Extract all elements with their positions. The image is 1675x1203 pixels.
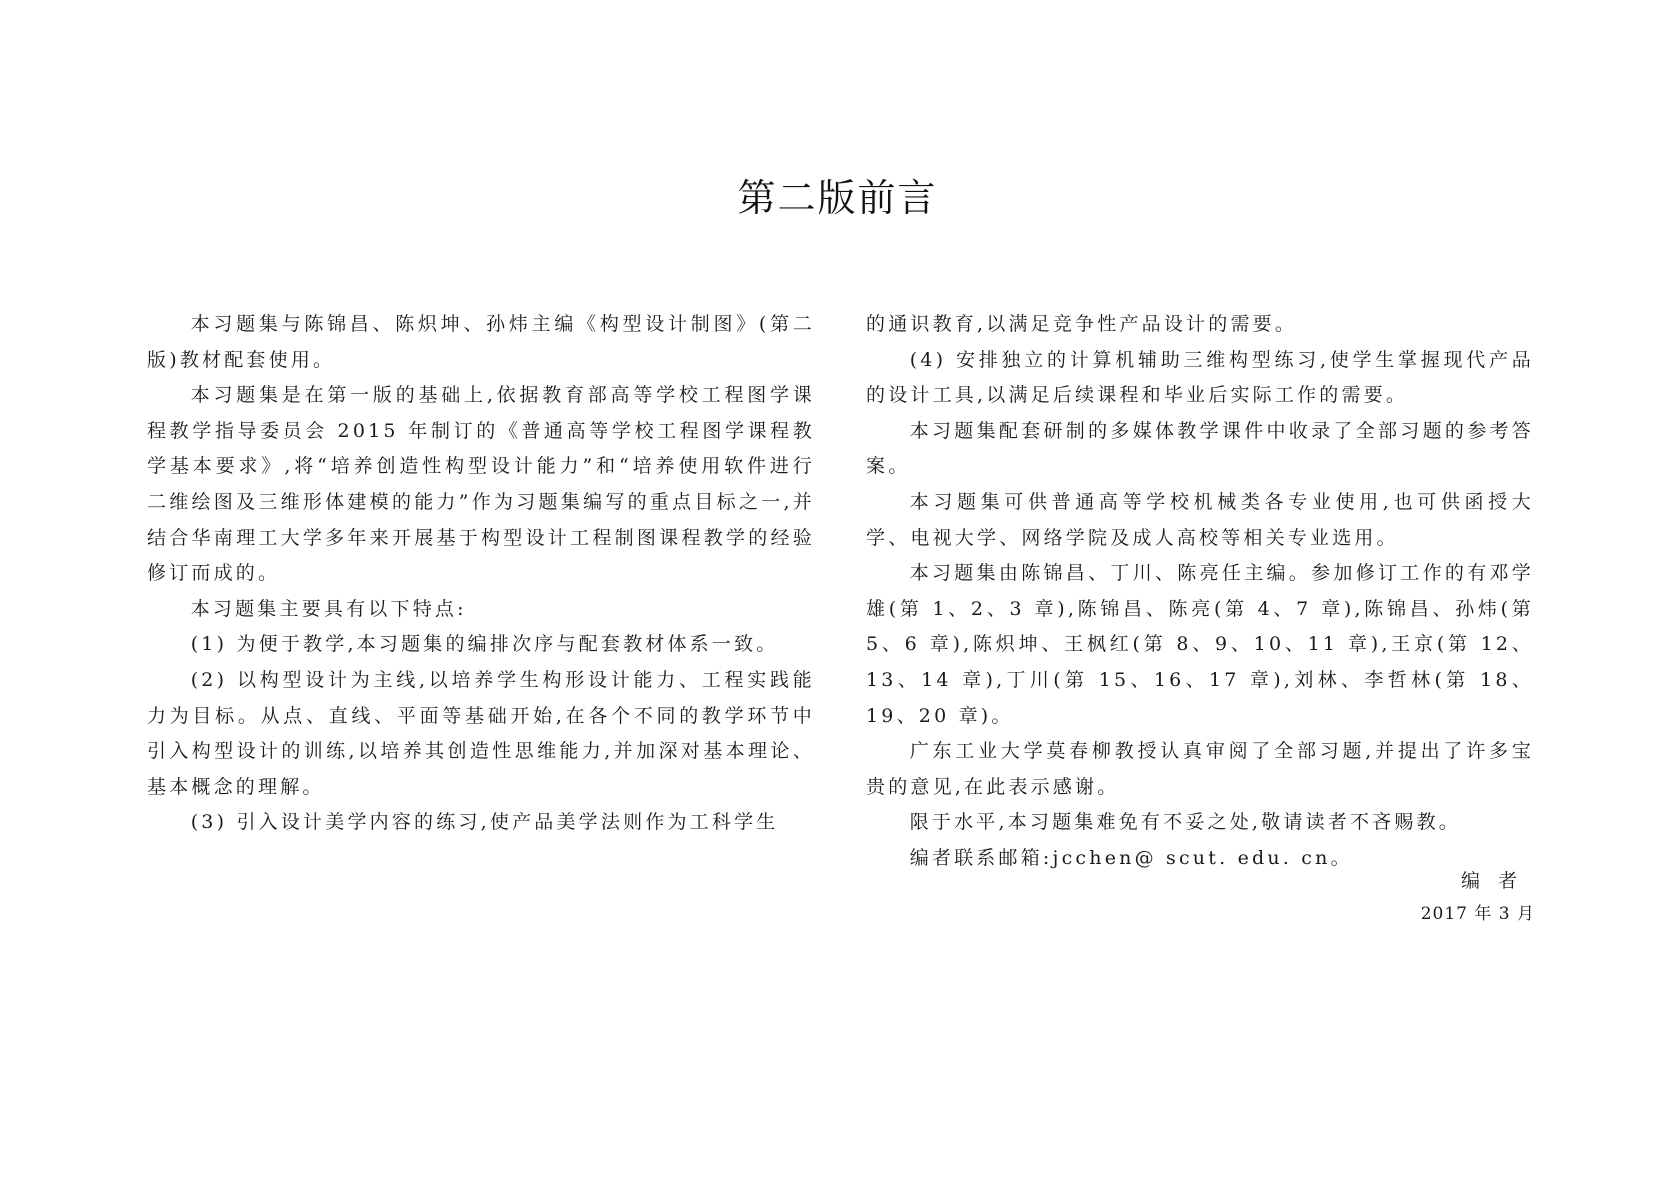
left-column: 本习题集与陈锦昌、陈炽坤、孙炜主编《构型设计制图》(第二版)教材配套使用。 本习… [147,307,815,841]
paragraph-editors: 本习题集由陈锦昌、丁川、陈亮任主编。参加修订工作的有邓学雄(第 1、2、3 章)… [866,556,1534,734]
paragraph-feature-2: (2) 以构型设计为主线,以培养学生构形设计能力、工程实践能力为目标。从点、直线… [147,663,815,805]
paragraph-feature-3-end: 的通识教育,以满足竞争性产品设计的需要。 [866,307,1534,343]
paragraph-basis: 本习题集是在第一版的基础上,依据教育部高等学校工程图学课程教学指导委员会 201… [147,378,815,592]
paragraph-features-heading: 本习题集主要具有以下特点: [147,592,815,628]
paragraph-contact-email[interactable]: 编者联系邮箱:jcchen@ scut. edu. cn。 [866,841,1534,877]
signature: 编者 [1461,866,1535,896]
paragraph-courseware: 本习题集配套研制的多媒体教学课件中收录了全部习题的参考答案。 [866,414,1534,485]
date: 2017 年 3 月 [1421,900,1535,928]
paragraph-feature-3-start: (3) 引入设计美学内容的练习,使产品美学法则作为工科学生 [147,805,815,841]
paragraph-intro: 本习题集与陈锦昌、陈炽坤、孙炜主编《构型设计制图》(第二版)教材配套使用。 [147,307,815,378]
page-title: 第二版前言 [0,172,1675,224]
right-column: 的通识教育,以满足竞争性产品设计的需要。 (4) 安排独立的计算机辅助三维构型练… [866,307,1534,877]
paragraph-disclaimer: 限于水平,本习题集难免有不妥之处,敬请读者不吝赐教。 [866,805,1534,841]
paragraph-audience: 本习题集可供普通高等学校机械类各专业使用,也可供函授大学、电视大学、网络学院及成… [866,485,1534,556]
paragraph-feature-4: (4) 安排独立的计算机辅助三维构型练习,使学生掌握现代产品的设计工具,以满足后… [866,343,1534,414]
paragraph-feature-1: (1) 为便于教学,本习题集的编排次序与配套教材体系一致。 [147,627,815,663]
paragraph-acknowledgement: 广东工业大学莫春柳教授认真审阅了全部习题,并提出了许多宝贵的意见,在此表示感谢。 [866,734,1534,805]
